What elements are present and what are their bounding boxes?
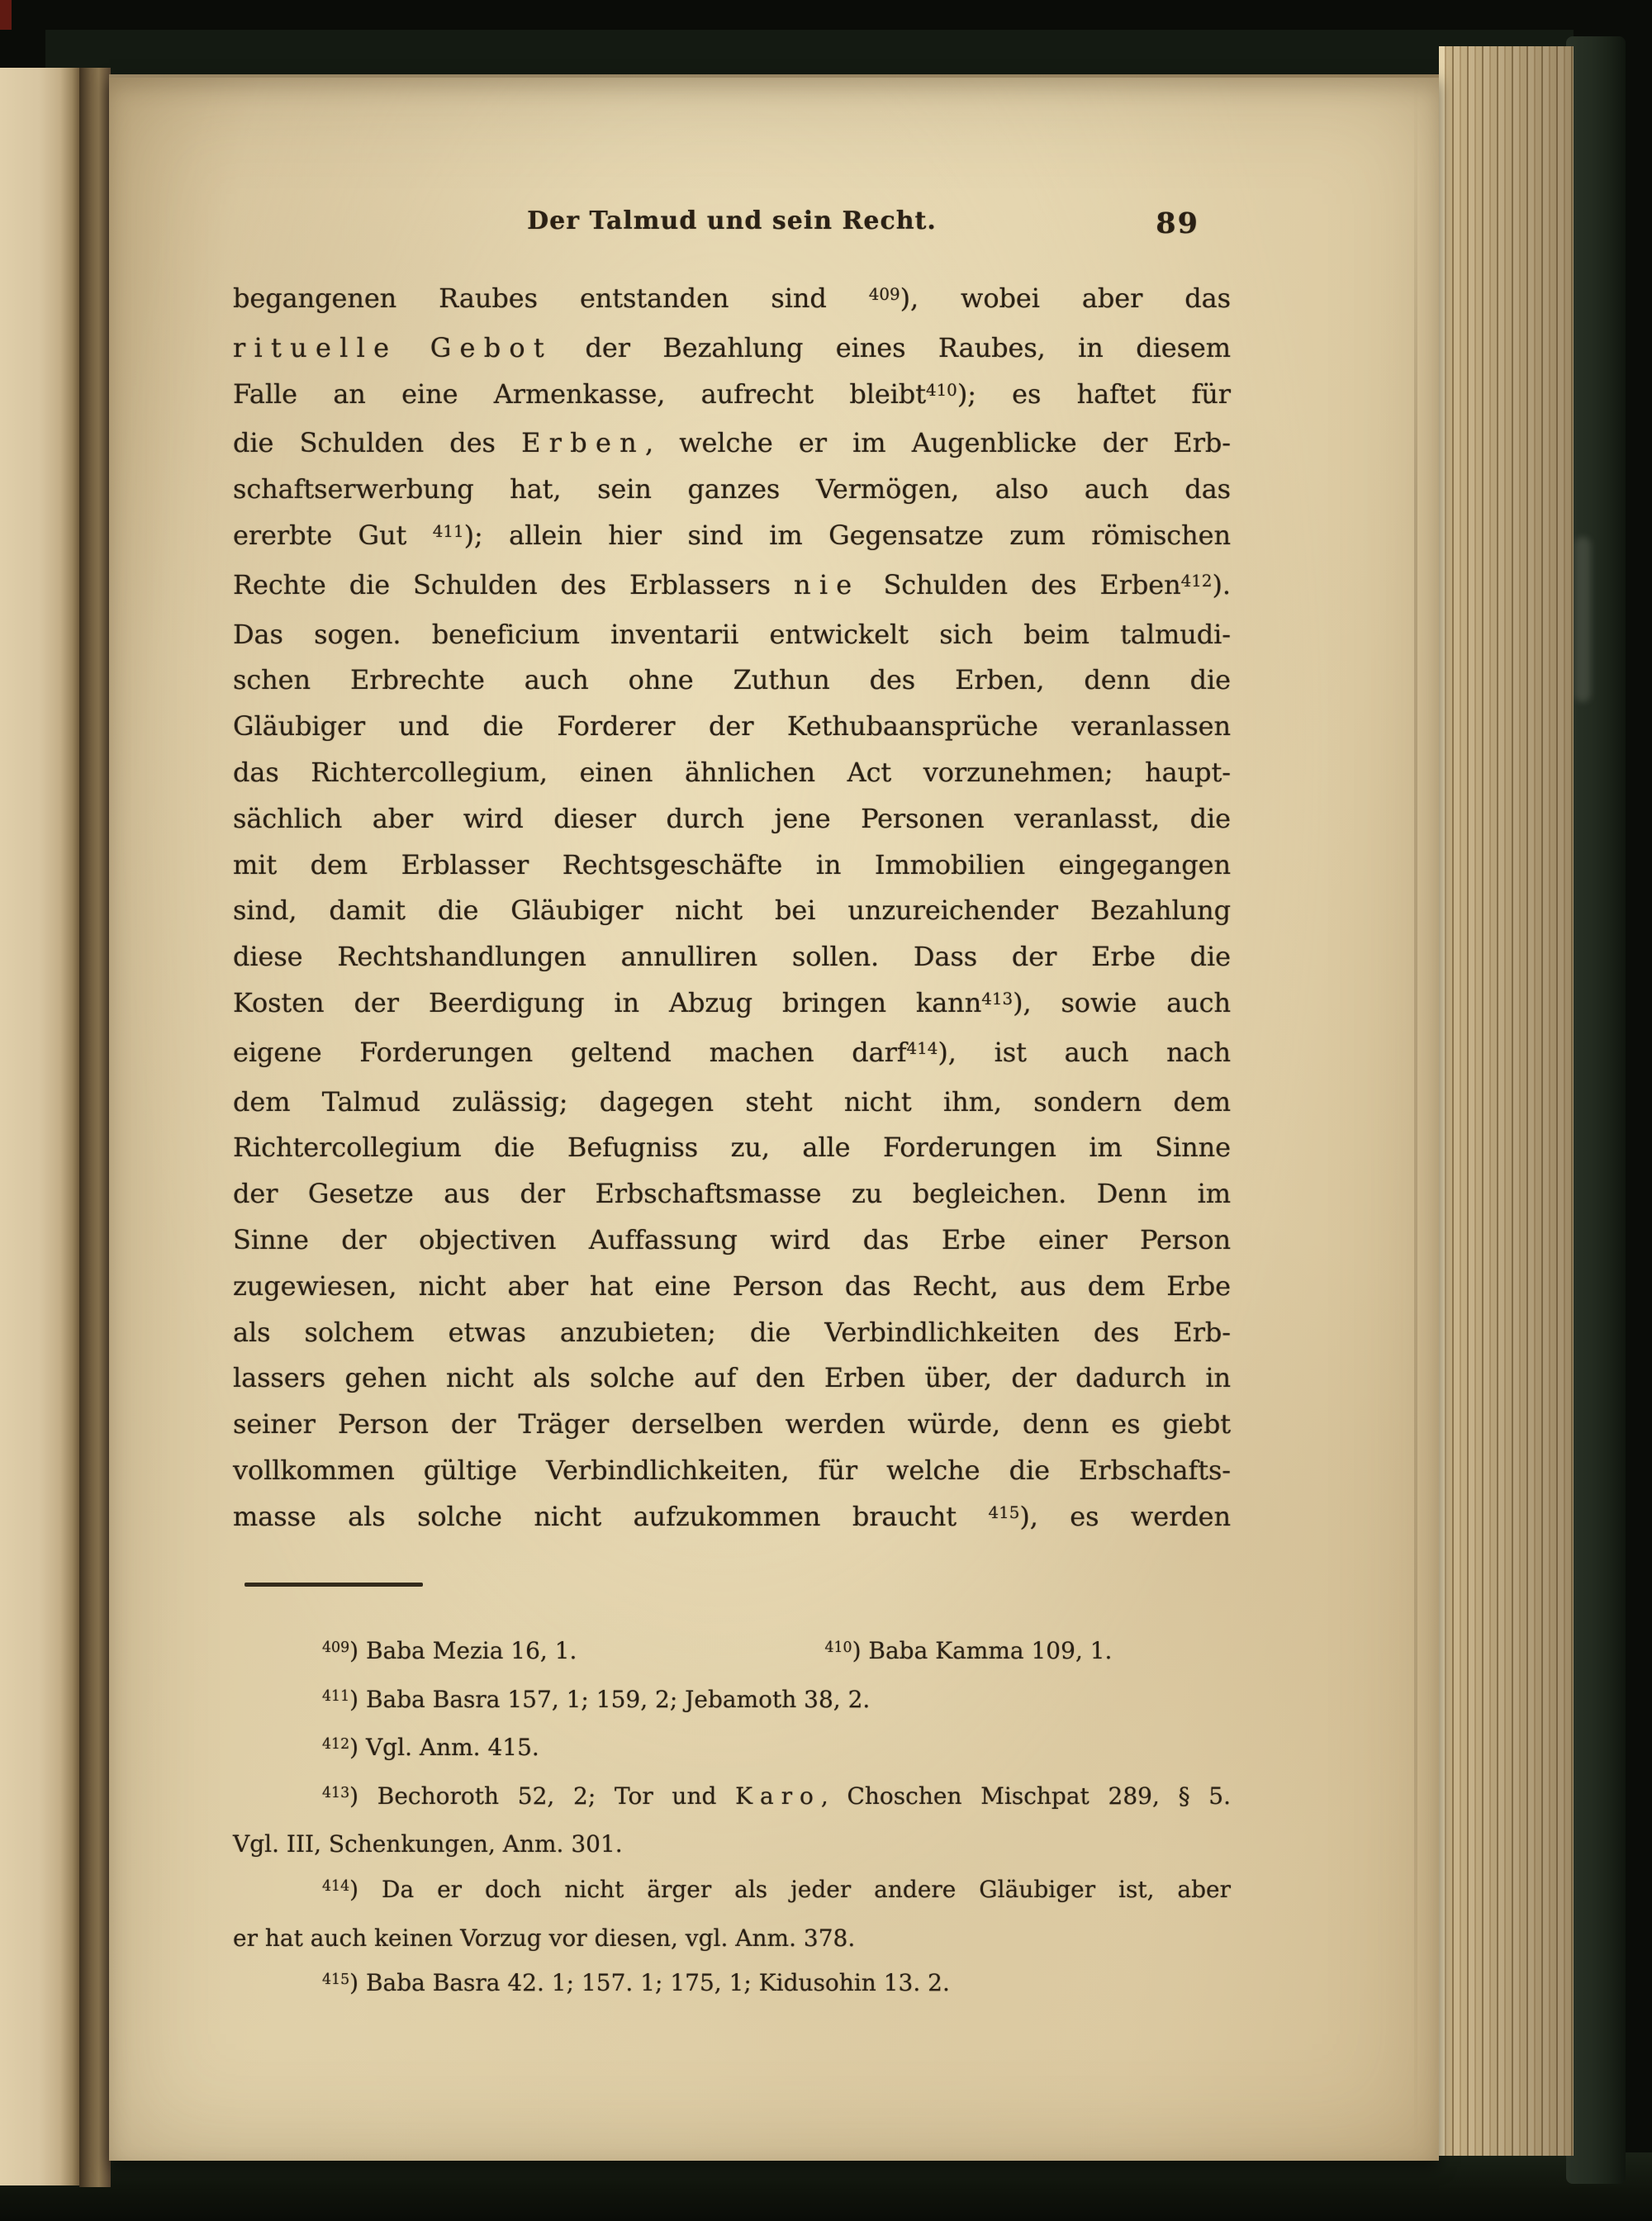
footnote-reference: 412: [1181, 572, 1213, 591]
book-cover-top: [45, 30, 1574, 79]
text-line: 413) Bechoroth 52, 2; Tor und Karo, Chos…: [233, 1774, 1231, 1823]
current-page-edge: [1439, 46, 1445, 2156]
text-segment: schen Erbrechte auch ohne Zuthun des Erb…: [233, 664, 1231, 695]
footnote-reference: 409: [869, 285, 900, 304]
text-segment: seiner Person der Träger derselben werde…: [233, 1408, 1231, 1440]
footnote-reference: 410: [824, 1640, 852, 1656]
text-line: ererbte Gut 411); allein hier sind im Ge…: [233, 513, 1231, 562]
text-line: diese Rechtshandlungen annulliren sollen…: [233, 934, 1231, 980]
text-line: sächlich aber wird dieser durch jene Per…: [233, 796, 1231, 842]
footnote-reference: 414: [322, 1878, 349, 1895]
text-line: als solchem etwas anzubieten; die Verbin…: [233, 1310, 1231, 1356]
footnote-reference: 411: [322, 1688, 349, 1705]
text-segment: Rechte die Schulden des Erblassers: [233, 569, 794, 600]
text-segment: masse als solche nicht aufzukommen brauc…: [233, 1501, 989, 1532]
text-segment: ), es werden: [1019, 1501, 1231, 1532]
text-line: die Schulden des Erben, welche er im Aug…: [233, 420, 1231, 467]
corner-mark: [0, 0, 12, 30]
text-line: dem Talmud zulässig; dagegen steht nicht…: [233, 1080, 1231, 1126]
footnote-reference: 415: [322, 1972, 349, 1988]
text-segment: ).: [1213, 569, 1231, 600]
footnote-reference: 411: [433, 522, 464, 541]
text-segment: mit dem Erblasser Rechtsgeschäfte in Imm…: [233, 849, 1231, 880]
text-line: der Gesetze aus der Erbschaftsmasse zu b…: [233, 1171, 1231, 1217]
text-line: seiner Person der Träger derselben werde…: [233, 1402, 1231, 1448]
running-title: Der Talmud und sein Recht.: [233, 206, 1231, 235]
book-cover-right: [1566, 36, 1626, 2184]
text-line: schaftserwerbung hat, sein ganzes Vermög…: [233, 467, 1231, 513]
text-segment: ) Da er doch nicht ärger als jeder ander…: [349, 1876, 1231, 1903]
text-segment: Gebot: [430, 332, 553, 363]
footnote-reference: 415: [989, 1503, 1020, 1522]
text-segment: nie: [794, 569, 861, 600]
text-line: vollkommen gültige Verbindlichkeiten, fü…: [233, 1448, 1231, 1494]
text-segment: begangenen Raubes entstanden sind: [233, 282, 869, 314]
text-segment: Sinne der objectiven Auffassung wird das…: [233, 1224, 1231, 1255]
cover-smudge: [1574, 537, 1591, 702]
footnote-reference: 412: [322, 1736, 349, 1753]
text-segment: Schulden des Erben: [861, 569, 1181, 600]
text-segment: Vgl. III, Schenkungen, Anm. 301.: [233, 1830, 623, 1858]
text-line: zugewiesen, nicht aber hat eine Person d…: [233, 1264, 1231, 1310]
book-cover-bottom: [0, 2152, 1652, 2221]
text-line: lassers gehen nicht als solche auf den E…: [233, 1355, 1231, 1402]
text-line: Rechte die Schulden des Erblassers nie S…: [233, 562, 1231, 612]
text-line: 415) Baba Basra 42. 1; 157. 1; 175, 1; K…: [233, 1961, 1231, 2010]
text-segment: ) Baba Basra 157, 1; 159, 2; Jebamoth 38…: [349, 1686, 870, 1713]
text-segment: als solchem etwas anzubieten; die Verbin…: [233, 1317, 1231, 1348]
text-line: Sinne der objectiven Auffassung wird das…: [233, 1217, 1231, 1264]
text-segment: Karo: [735, 1782, 821, 1810]
text-segment: , Choschen Mischpat 289, § 5.: [821, 1782, 1231, 1810]
text-line: Das sogen. beneficium inventarii entwick…: [233, 612, 1231, 658]
footnote-reference: 414: [907, 1039, 938, 1058]
footnotes: 409) Baba Mezia 16, 1.410) Baba Kamma 10…: [233, 1629, 1231, 2010]
page-fore-edges: [1439, 46, 1574, 2156]
text-segment: diese Rechtshandlungen annulliren sollen…: [233, 941, 1231, 972]
text-line: Vgl. III, Schenkungen, Anm. 301.: [233, 1822, 1231, 1867]
text-segment: rituelle: [233, 332, 397, 363]
footnote-reference: 410: [926, 381, 957, 400]
text-line: Richtercollegium die Befugniss zu, alle …: [233, 1125, 1231, 1171]
text-line: schen Erbrechte auch ohne Zuthun des Erb…: [233, 657, 1231, 704]
text-line: mit dem Erblasser Rechtsgeschäfte in Imm…: [233, 842, 1231, 889]
facing-page-edge: [0, 68, 79, 2185]
text-line: 412) Vgl. Anm. 415.: [233, 1725, 1231, 1774]
text-segment: eigene Forderungen geltend machen darf: [233, 1037, 907, 1068]
text-segment: ), sowie auch: [1013, 987, 1231, 1018]
text-segment: ), wobei aber das: [900, 282, 1231, 314]
text-segment: ); allein hier sind im Gegensatze zum rö…: [464, 520, 1231, 551]
text-line: eigene Forderungen geltend machen darf41…: [233, 1030, 1231, 1080]
text-segment: Erben: [521, 427, 645, 458]
footnote-reference: 413: [322, 1785, 349, 1801]
text-segment: zugewiesen, nicht aber hat eine Person d…: [233, 1270, 1231, 1302]
text-segment: Falle an eine Armenkasse, aufrecht bleib…: [233, 378, 926, 410]
footnote-separator: [244, 1583, 423, 1587]
text-segment: die Schulden des: [233, 427, 521, 458]
text-segment: der Gesetze aus der Erbschaftsmasse zu b…: [233, 1178, 1231, 1209]
text-segment: er hat auch keinen Vorzug vor diesen, vg…: [233, 1924, 855, 1952]
text-line: das Richtercollegium, einen ähnlichen Ac…: [233, 750, 1231, 796]
text-segment: Kosten der Beerdigung in Abzug bringen k…: [233, 987, 981, 1018]
text-segment: [397, 332, 430, 363]
text-segment: Das sogen. beneficium inventarii entwick…: [233, 619, 1231, 650]
text-line: 414) Da er doch nicht ärger als jeder an…: [233, 1867, 1231, 1916]
text-segment: ) Bechoroth 52, 2; Tor und: [349, 1782, 735, 1810]
text-segment: , welche er im Augenblicke der Erb-: [645, 427, 1231, 458]
page-header: Der Talmud und sein Recht. 89: [233, 206, 1231, 244]
page-number: 89: [1156, 206, 1199, 240]
text-line: sind, damit die Gläubiger nicht bei unzu…: [233, 888, 1231, 934]
text-segment: ) Baba Kamma 109, 1.: [852, 1637, 1113, 1664]
text-segment: sächlich aber wird dieser durch jene Per…: [233, 803, 1231, 834]
text-segment: schaftserwerbung hat, sein ganzes Vermög…: [233, 473, 1231, 505]
text-segment: lassers gehen nicht als solche auf den E…: [233, 1362, 1231, 1393]
text-line: rituelle Gebot der Bezahlung eines Raube…: [233, 325, 1231, 372]
footnote-reference: 413: [981, 989, 1013, 1008]
page-crease: [1414, 78, 1417, 2161]
body-text: begangenen Raubes entstanden sind 409), …: [233, 276, 1231, 1544]
text-line: 411) Baba Basra 157, 1; 159, 2; Jebamoth…: [233, 1678, 1231, 1726]
text-segment: der Bezahlung eines Raubes, in diesem: [553, 332, 1231, 363]
text-segment: Gläubiger und die Forderer der Kethubaan…: [233, 710, 1231, 742]
text-segment: sind, damit die Gläubiger nicht bei unzu…: [233, 895, 1231, 926]
text-segment: ererbte Gut: [233, 520, 433, 551]
text-line: er hat auch keinen Vorzug vor diesen, vg…: [233, 1916, 1231, 1962]
text-segment: ) Vgl. Anm. 415.: [349, 1734, 539, 1761]
text-segment: das Richtercollegium, einen ähnlichen Ac…: [233, 757, 1231, 788]
text-segment: ), ist auch nach: [938, 1037, 1231, 1068]
text-segment: Richtercollegium die Befugniss zu, alle …: [233, 1132, 1231, 1163]
text-line: Gläubiger und die Forderer der Kethubaan…: [233, 704, 1231, 750]
text-line: Kosten der Beerdigung in Abzug bringen k…: [233, 980, 1231, 1030]
text-line: 409) Baba Mezia 16, 1.410) Baba Kamma 10…: [233, 1629, 1231, 1678]
text-line: Falle an eine Armenkasse, aufrecht bleib…: [233, 372, 1231, 421]
text-line: masse als solche nicht aufzukommen brauc…: [233, 1494, 1231, 1544]
book-scan: Der Talmud und sein Recht. 89 begangenen…: [0, 0, 1652, 2221]
book-page: Der Talmud und sein Recht. 89 begangenen…: [109, 74, 1439, 2161]
text-segment: ) Baba Mezia 16, 1.: [349, 1637, 577, 1664]
text-segment: ); es haftet für: [957, 378, 1231, 410]
book-gutter: [79, 68, 111, 2187]
text-segment: dem Talmud zulässig; dagegen steht nicht…: [233, 1086, 1231, 1118]
text-line: begangenen Raubes entstanden sind 409), …: [233, 276, 1231, 325]
footnote-reference: 409: [322, 1640, 349, 1656]
text-segment: ) Baba Basra 42. 1; 157. 1; 175, 1; Kidu…: [349, 1969, 950, 1996]
text-segment: vollkommen gültige Verbindlichkeiten, fü…: [233, 1455, 1231, 1486]
